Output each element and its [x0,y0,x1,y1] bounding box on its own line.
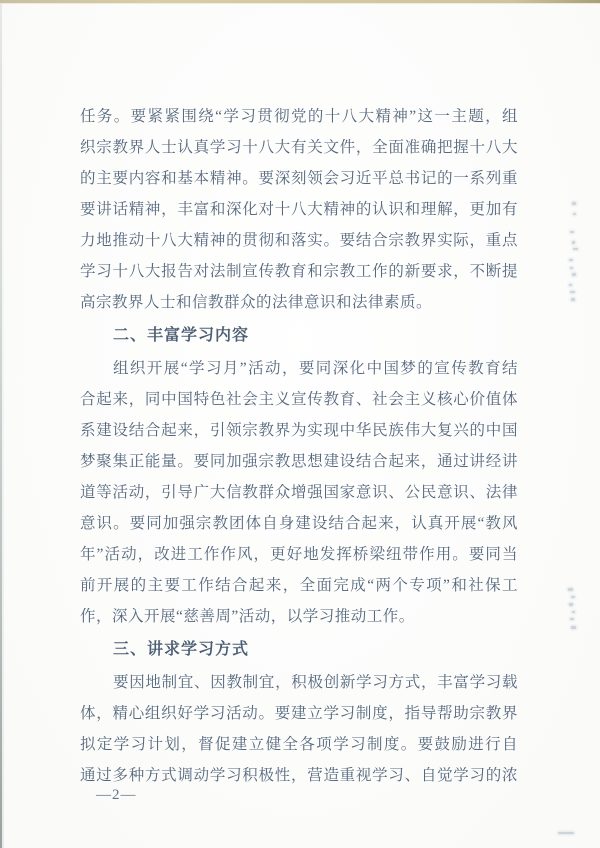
text-line: 通过多种方式调动学习积极性，营造重视学习、自觉学习的浓 [80,760,518,791]
scan-smudge [570,618,574,620]
text-line: 要讲话精神，丰富和深化对十八大精神的认识和理解，更加有 [80,194,518,225]
text-line: 要因地制宜、因教制宜，积极创新学习方式，丰富学习载 [80,667,518,698]
scan-smudge [570,291,575,293]
text-line: 道等活动，引导广大信教群众增强国家意识、公民意识、法律 [80,477,518,508]
scan-smudge [569,259,573,261]
scan-smudge [570,267,573,269]
text-line: 任务。要紧紧围绕“学习贯彻党的十八大精神”这一主题，组 [80,101,518,132]
text-line: 高宗教界人士和信教群众的法律意识和法律素质。 [80,287,518,318]
text-line: 合起来，同中国特色社会主义宣传教育、社会主义核心价值体 [80,384,518,415]
scan-smudge [570,231,574,233]
scan-smudge [558,832,574,834]
scan-smudge [573,248,578,250]
text-line: 组织开展“学习月”活动，要同深化中国梦的宣传教育结 [80,353,518,384]
text-line: 拟定学习计划，督促建立健全各项学习制度。要鼓励进行自学， [80,729,518,760]
scan-top-edge [0,0,600,3]
scan-smudge [572,241,575,244]
scan-smudge [571,596,575,598]
document-body: 任务。要紧紧围绕“学习贯彻党的十八大精神”这一主题，组织宗教界人士认真学习十八大… [80,101,518,791]
scan-left-edge [0,3,2,848]
section-heading: 三、讲求学习方式 [80,634,518,665]
scan-smudge [569,603,573,606]
scan-smudge [572,202,576,205]
text-line: 系建设结合起来，引领宗教界为实现中华民族伟大复兴的中国 [80,415,518,446]
scan-smudge [572,611,575,613]
text-line: 体，精心组织好学习活动。要建立学习制度，指导帮助宗教界 [80,698,518,729]
page-number: —2— [96,781,137,809]
scan-smudge [569,284,572,286]
scanned-document-page: 任务。要紧紧围绕“学习贯彻党的十八大精神”这一主题，组织宗教界人士认真学习十八大… [0,0,600,848]
text-line: 力地推动十八大精神的贯彻和落实。要结合宗教界实际，重点 [80,225,518,256]
scan-smudge [568,588,573,591]
scan-smudge [571,626,576,629]
scan-smudge [573,213,576,215]
text-line: 前开展的主要工作结合起来，全面完成“两个专项”和社保工 [80,570,518,601]
section-heading: 二、丰富学习内容 [80,320,518,351]
text-line: 梦聚集正能量。要同加强宗教思想建设结合起来，通过讲经讲 [80,446,518,477]
text-line: 作，深入开展“慈善周”活动，以学习推动工作。 [80,601,518,632]
text-line: 织宗教界人士认真学习十八大有关文件，全面准确把握十八大 [80,132,518,163]
text-line: 意识。要同加强宗教团体自身建设结合起来，认真开展“教风 [80,508,518,539]
text-line: 年”活动，改进工作作风，更好地发挥桥梁纽带作用。要同当 [80,539,518,570]
text-line: 学习十八大报告对法制宣传教育和宗教工作的新要求，不断提 [80,256,518,287]
text-line: 的主要内容和基本精神。要深刻领会习近平总书记的一系列重 [80,163,518,194]
scan-smudge [572,273,576,276]
scan-smudge [571,298,575,301]
